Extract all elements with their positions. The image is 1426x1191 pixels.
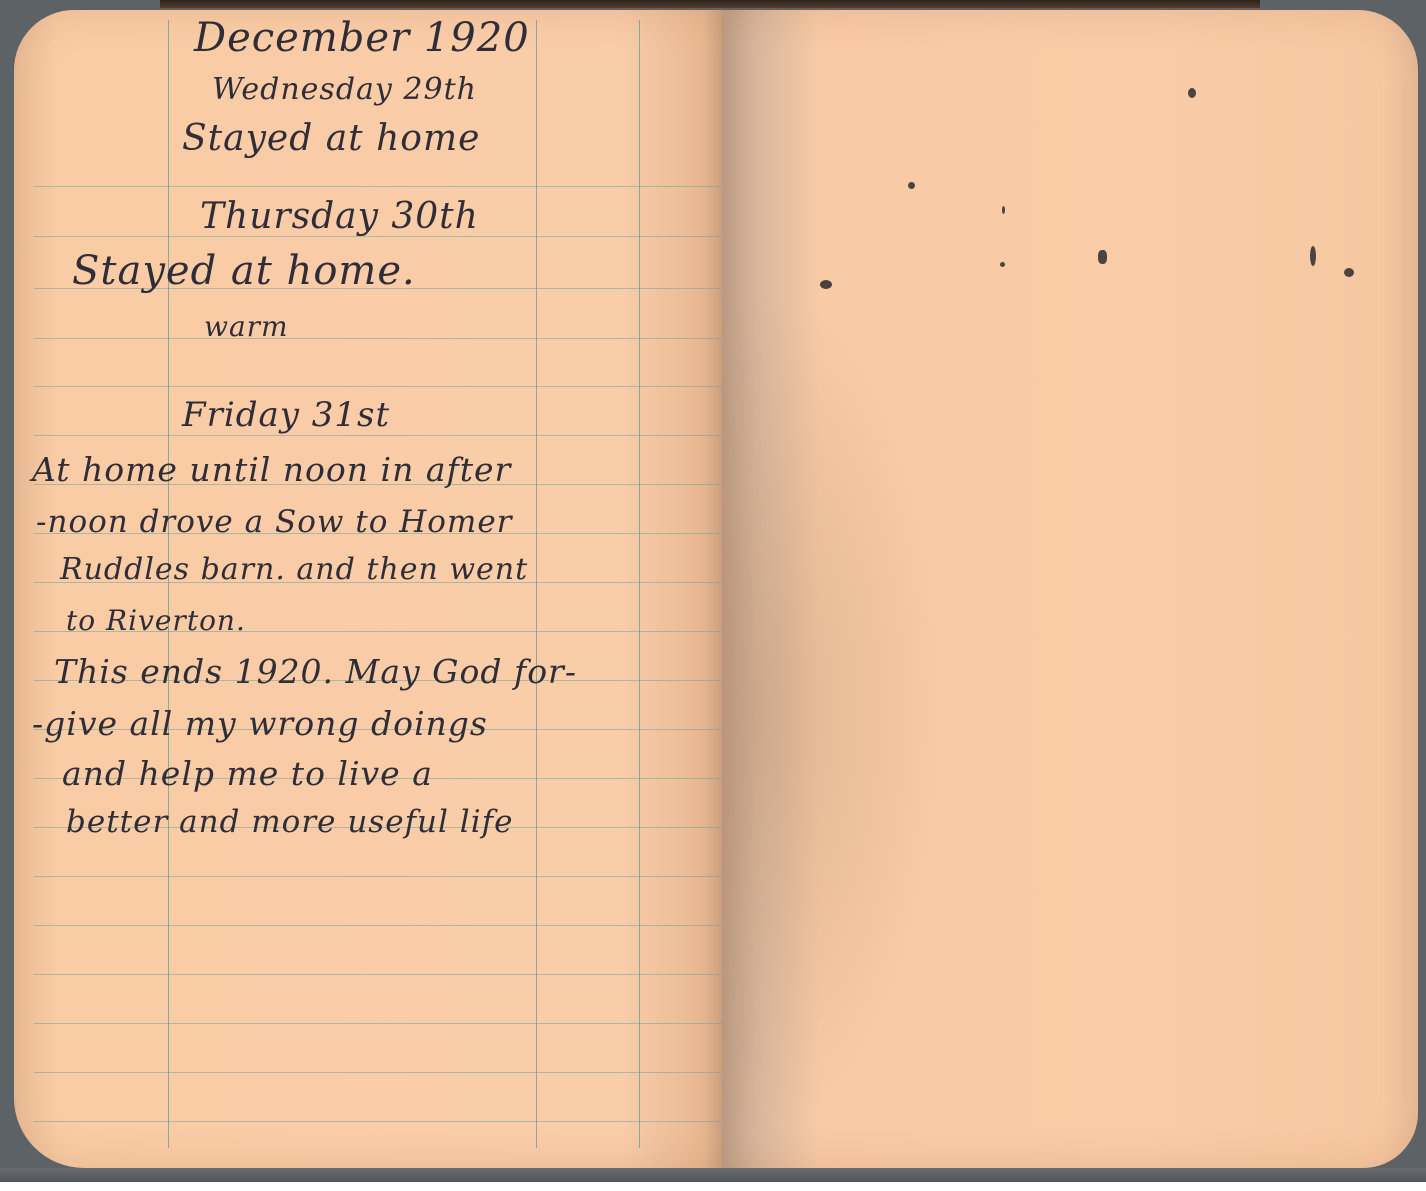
entry-date-thursday: Thursday 30th <box>200 196 479 237</box>
ruling-line <box>34 974 726 975</box>
ruling-line <box>34 338 726 339</box>
column-line <box>536 20 537 1148</box>
ruling-line <box>34 1072 726 1073</box>
ruling-line <box>34 186 726 187</box>
entry-text: to Riverton. <box>66 604 246 637</box>
entry-text: Ruddles barn. and then went <box>60 552 528 587</box>
entry-text: better and more useful life <box>66 804 513 840</box>
book-top-edge <box>160 0 1260 8</box>
ink-spot <box>1002 206 1005 214</box>
ink-spot <box>1344 268 1354 277</box>
entry-text: This ends 1920. May God for- <box>54 652 577 691</box>
ink-spot <box>1188 88 1196 98</box>
entry-date-friday: Friday 31st <box>182 395 390 435</box>
ruling-line <box>34 1121 726 1122</box>
ruling-line <box>34 876 726 877</box>
ink-spot <box>1000 262 1005 267</box>
ruling-line <box>34 386 726 387</box>
entry-text: -noon drove a Sow to Homer <box>36 504 512 540</box>
ink-spot <box>908 182 915 189</box>
entry-text: Stayed at home <box>182 118 480 159</box>
ruling-line <box>34 1023 726 1024</box>
left-page: December 1920 Wednesday 29th Stayed at h… <box>14 10 726 1168</box>
entry-text: and help me to live a <box>62 754 433 793</box>
entry-text: Stayed at home. <box>72 248 416 294</box>
entry-text: -give all my wrong doings <box>32 704 488 743</box>
ink-spot <box>1310 246 1316 266</box>
entry-text: At home until noon in after <box>32 450 511 489</box>
entry-date-wednesday: Wednesday 29th <box>212 72 477 107</box>
diary-header: December 1920 <box>194 15 530 61</box>
right-page <box>722 10 1418 1168</box>
ruling-line <box>34 925 726 926</box>
ink-spot <box>1098 250 1107 264</box>
ink-spot <box>820 280 832 289</box>
entry-text: warm <box>204 310 289 343</box>
column-line <box>639 20 640 1148</box>
book-bottom-edge <box>0 1168 1426 1191</box>
ruling-line <box>34 435 726 436</box>
